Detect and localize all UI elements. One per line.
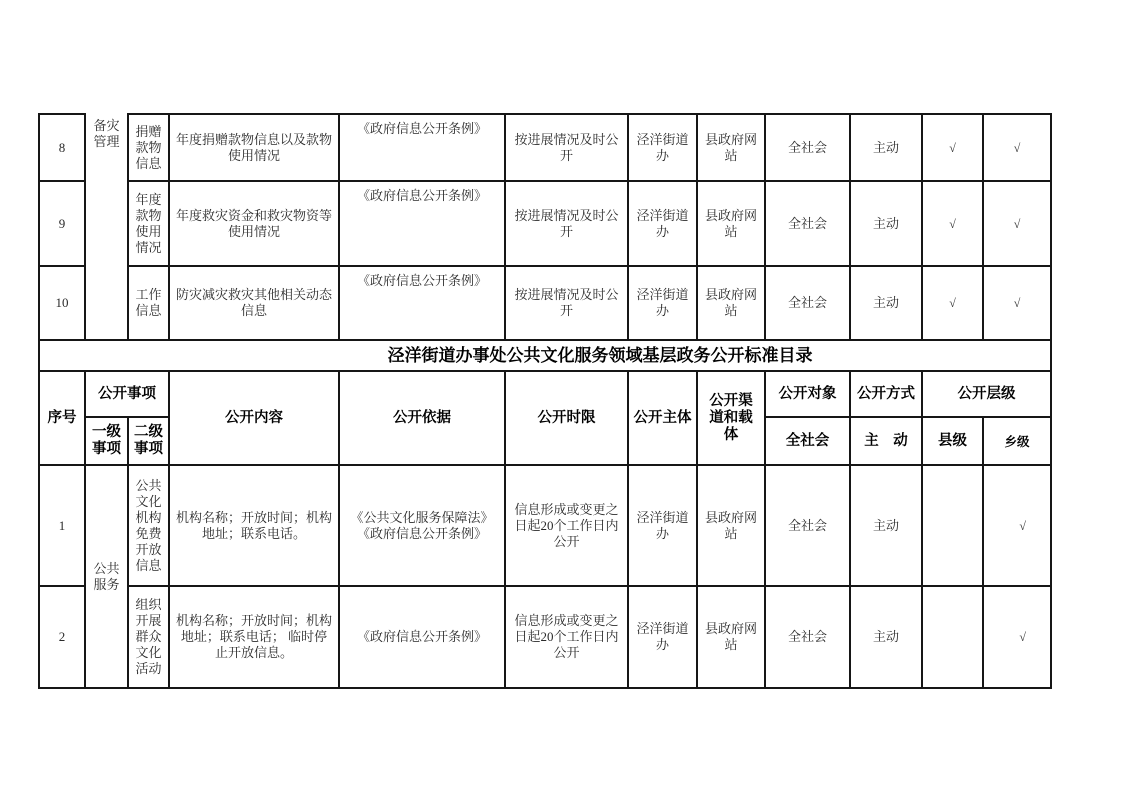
audience-cell: 全社会: [765, 586, 850, 688]
item-cell: 公共文化机构免费开放信息: [128, 465, 169, 586]
category-cell: 公共服务: [85, 465, 128, 688]
section-title-row: 泾洋街道办事处公共文化服务领域基层政务公开标准目录: [39, 340, 1051, 371]
table-row: 9 年度款物使用情况 年度救灾资金和救灾物资等使用情况 《政府信息公开条例》 按…: [39, 181, 1051, 266]
county-check-cell: √: [922, 266, 983, 340]
section-title: 泾洋街道办事处公共文化服务领域基层政务公开标准目录: [39, 340, 1051, 371]
header-method: 公开方式: [850, 371, 922, 417]
county-check-cell: [922, 465, 983, 586]
content-cell: 年度捐赠款物信息以及款物使用情况: [169, 114, 339, 181]
time-limit-cell: 按进展情况及时公开: [505, 114, 628, 181]
audience-cell: 全社会: [765, 465, 850, 586]
seq-cell: 8: [39, 114, 85, 181]
method-cell: 主动: [850, 586, 922, 688]
content-cell: 防灾减灾救灾其他相关动态信息: [169, 266, 339, 340]
township-check-cell: √: [983, 181, 1051, 266]
seq-cell: 1: [39, 465, 85, 586]
header-audience: 公开对象: [765, 371, 850, 417]
table-row: 8 备灾管理 捐赠款物信息 年度捐赠款物信息以及款物使用情况 《政府信息公开条例…: [39, 114, 1051, 181]
table-row: 1 公共服务 公共文化机构免费开放信息 机构名称；开放时间；机构地址；联系电话。…: [39, 465, 1051, 586]
header-row: 序号 公开事项 公开内容 公开依据 公开时限 公开主体 公开渠道和载体 公开对象…: [39, 371, 1051, 417]
basis-cell: 《政府信息公开条例》: [339, 114, 505, 181]
basis-cell: 《政府信息公开条例》: [339, 586, 505, 688]
method-cell: 主动: [850, 266, 922, 340]
time-limit-cell: 按进展情况及时公开: [505, 181, 628, 266]
subject-cell: 泾洋街道办: [628, 465, 697, 586]
header-basis: 公开依据: [339, 371, 505, 465]
township-check-cell: √: [983, 586, 1051, 688]
channel-cell: 县政府网站: [697, 465, 765, 586]
category-cell: 备灾管理: [85, 114, 128, 340]
header-content: 公开内容: [169, 371, 339, 465]
header-level2: 二级事项: [128, 417, 169, 465]
county-check-cell: √: [922, 181, 983, 266]
item-cell: 捐赠款物信息: [128, 114, 169, 181]
audience-cell: 全社会: [765, 266, 850, 340]
item-cell: 工作信息: [128, 266, 169, 340]
county-check-cell: [922, 586, 983, 688]
time-limit-cell: 信息形成或变更之日起20个工作日内公开: [505, 586, 628, 688]
header-matters: 公开事项: [85, 371, 169, 417]
subject-cell: 泾洋街道办: [628, 266, 697, 340]
basis-cell: 《公共文化服务保障法》《政府信息公开条例》: [339, 465, 505, 586]
content-cell: 机构名称；开放时间；机构地址；联系电话。: [169, 465, 339, 586]
method-cell: 主动: [850, 114, 922, 181]
time-limit-cell: 信息形成或变更之日起20个工作日内公开: [505, 465, 628, 586]
subject-cell: 泾洋街道办: [628, 114, 697, 181]
header-audience-all: 全社会: [765, 417, 850, 465]
header-level1: 一级事项: [85, 417, 128, 465]
seq-cell: 2: [39, 586, 85, 688]
channel-cell: 县政府网站: [697, 181, 765, 266]
header-subject: 公开主体: [628, 371, 697, 465]
content-cell: 机构名称；开放时间；机构地址；联系电话； 临时停止开放信息。: [169, 586, 339, 688]
header-level: 公开层级: [922, 371, 1051, 417]
header-time-limit: 公开时限: [505, 371, 628, 465]
seq-cell: 10: [39, 266, 85, 340]
township-check-cell: √: [983, 114, 1051, 181]
time-limit-cell: 按进展情况及时公开: [505, 266, 628, 340]
audience-cell: 全社会: [765, 181, 850, 266]
header-county: 县级: [922, 417, 983, 465]
table-row: 2 组织开展群众文化活动 机构名称；开放时间；机构地址；联系电话； 临时停止开放…: [39, 586, 1051, 688]
header-township: 乡级: [983, 417, 1051, 465]
channel-cell: 县政府网站: [697, 266, 765, 340]
header-seq: 序号: [39, 371, 85, 465]
channel-cell: 县政府网站: [697, 114, 765, 181]
disclosure-catalog-table: 8 备灾管理 捐赠款物信息 年度捐赠款物信息以及款物使用情况 《政府信息公开条例…: [38, 113, 1052, 689]
item-cell: 组织开展群众文化活动: [128, 586, 169, 688]
basis-cell: 《政府信息公开条例》: [339, 266, 505, 340]
basis-cell: 《政府信息公开条例》: [339, 181, 505, 266]
table-row: 10 工作信息 防灾减灾救灾其他相关动态信息 《政府信息公开条例》 按进展情况及…: [39, 266, 1051, 340]
channel-cell: 县政府网站: [697, 586, 765, 688]
audience-cell: 全社会: [765, 114, 850, 181]
seq-cell: 9: [39, 181, 85, 266]
header-method-active: 主 动: [850, 417, 922, 465]
subject-cell: 泾洋街道办: [628, 181, 697, 266]
township-check-cell: √: [983, 465, 1051, 586]
content-cell: 年度救灾资金和救灾物资等使用情况: [169, 181, 339, 266]
subject-cell: 泾洋街道办: [628, 586, 697, 688]
header-channel: 公开渠道和载体: [697, 371, 765, 465]
method-cell: 主动: [850, 181, 922, 266]
township-check-cell: √: [983, 266, 1051, 340]
item-cell: 年度款物使用情况: [128, 181, 169, 266]
county-check-cell: √: [922, 114, 983, 181]
method-cell: 主动: [850, 465, 922, 586]
